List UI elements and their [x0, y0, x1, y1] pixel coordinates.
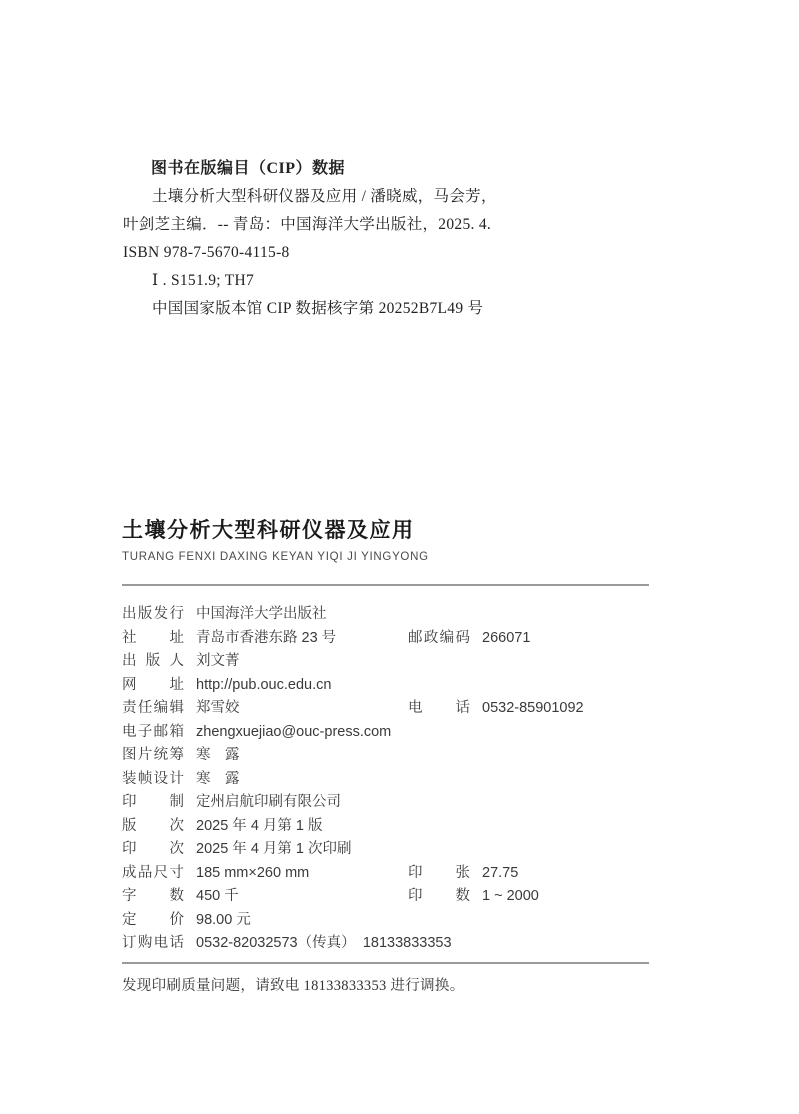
info-row: 出版发行 中国海洋大学出版社: [122, 603, 682, 627]
info-label: 成品尺寸: [122, 862, 184, 886]
info-label-right: 电 话: [408, 697, 470, 721]
info-label: 出版发行: [122, 603, 184, 627]
info-value: 郑雪姣: [196, 697, 240, 721]
info-value: 中国海洋大学出版社: [196, 603, 327, 627]
cip-line-title-authors: 土壤分析大型科研仪器及应用 / 潘晓威，马会芳，: [123, 183, 663, 211]
cip-line-classification: Ⅰ . S151.9; TH7: [123, 267, 663, 295]
info-value: 寒 露: [196, 744, 240, 768]
info-value-right: 0532-85901092: [482, 697, 584, 721]
cip-line-isbn: ISBN 978-7-5670-4115-8: [123, 239, 663, 267]
info-label: 版 次: [122, 815, 184, 839]
info-label: 社 址: [122, 627, 184, 651]
info-value: zhengxuejiao@ouc-press.com: [196, 721, 391, 745]
info-label: 装帧设计: [122, 768, 184, 792]
info-value: 刘文菁: [196, 650, 240, 674]
info-row: 网 址 http://pub.ouc.edu.cn: [122, 674, 682, 698]
info-label: 字 数: [122, 885, 184, 909]
info-value: 2025 年 4 月第 1 版: [196, 815, 323, 839]
info-row: 字 数 450 千 印 数 1 ~ 2000: [122, 885, 682, 909]
info-row: 出 版 人 刘文菁: [122, 650, 682, 674]
info-label: 图片统筹: [122, 744, 184, 768]
info-label: 定 价: [122, 909, 184, 933]
info-row: 成品尺寸 185 mm×260 mm 印 张 27.75: [122, 862, 682, 886]
info-value-right: 27.75: [482, 862, 518, 886]
info-row: 印 次 2025 年 4 月第 1 次印刷: [122, 838, 682, 862]
divider-bottom: [122, 962, 649, 964]
info-row: 版 次 2025 年 4 月第 1 版: [122, 815, 682, 839]
info-label: 印 次: [122, 838, 184, 862]
info-label-right: 邮政编码: [408, 627, 470, 651]
info-row: 定 价 98.00 元: [122, 909, 682, 933]
info-value: 98.00 元: [196, 909, 251, 933]
info-value-right: 1 ~ 2000: [482, 885, 539, 909]
cip-header: 图书在版编目（CIP）数据: [123, 155, 663, 183]
info-value: 定州启航印刷有限公司: [196, 791, 341, 815]
copyright-page: { "cip": { "header": "图书在版编目（CIP）数据", "l…: [0, 0, 799, 1114]
info-label: 责任编辑: [122, 697, 184, 721]
info-value: 185 mm×260 mm: [196, 862, 309, 886]
cip-line-publisher: 叶剑芝主编．-- 青岛：中国海洋大学出版社，2025. 4.: [123, 211, 663, 239]
info-value-right: 266071: [482, 627, 530, 651]
info-value: 寒 露: [196, 768, 240, 792]
page-title: 土壤分析大型科研仪器及应用: [122, 517, 429, 545]
quality-note: 发现印刷质量问题，请致电 18133833353 进行调换。: [122, 974, 465, 995]
info-value: 2025 年 4 月第 1 次印刷: [196, 838, 352, 862]
title-block: 土壤分析大型科研仪器及应用 TURANG FENXI DAXING KEYAN …: [122, 517, 429, 563]
cip-block: 图书在版编目（CIP）数据 土壤分析大型科研仪器及应用 / 潘晓威，马会芳， 叶…: [123, 155, 663, 323]
info-row: 印 制 定州启航印刷有限公司: [122, 791, 682, 815]
info-row: 责任编辑 郑雪姣 电 话 0532-85901092: [122, 697, 682, 721]
info-row: 装帧设计 寒 露: [122, 768, 682, 792]
info-row: 图片统筹 寒 露: [122, 744, 682, 768]
cip-line-registry-number: 中国国家版本馆 CIP 数据核字第 20252B7L49 号: [123, 295, 663, 323]
info-row: 订购电话 0532-82032573（传真） 18133833353: [122, 932, 682, 956]
info-value: http://pub.ouc.edu.cn: [196, 674, 331, 698]
info-value: 0532-82032573（传真） 18133833353: [196, 932, 452, 956]
info-label: 电子邮箱: [122, 721, 184, 745]
divider-top: [122, 584, 649, 586]
info-row: 社 址 青岛市香港东路 23 号 邮政编码 266071: [122, 627, 682, 651]
info-value: 青岛市香港东路 23 号: [196, 627, 336, 651]
info-label: 订购电话: [122, 932, 184, 956]
page-title-pinyin: TURANG FENXI DAXING KEYAN YIQI JI YINGYO…: [122, 551, 429, 563]
info-label-right: 印 张: [408, 862, 470, 886]
info-value: 450 千: [196, 885, 239, 909]
info-label: 印 制: [122, 791, 184, 815]
publication-info-list: 出版发行 中国海洋大学出版社 社 址 青岛市香港东路 23 号 邮政编码 266…: [122, 603, 682, 956]
info-label: 网 址: [122, 674, 184, 698]
info-row: 电子邮箱 zhengxuejiao@ouc-press.com: [122, 721, 682, 745]
info-label: 出 版 人: [122, 650, 184, 674]
info-label-right: 印 数: [408, 885, 470, 909]
